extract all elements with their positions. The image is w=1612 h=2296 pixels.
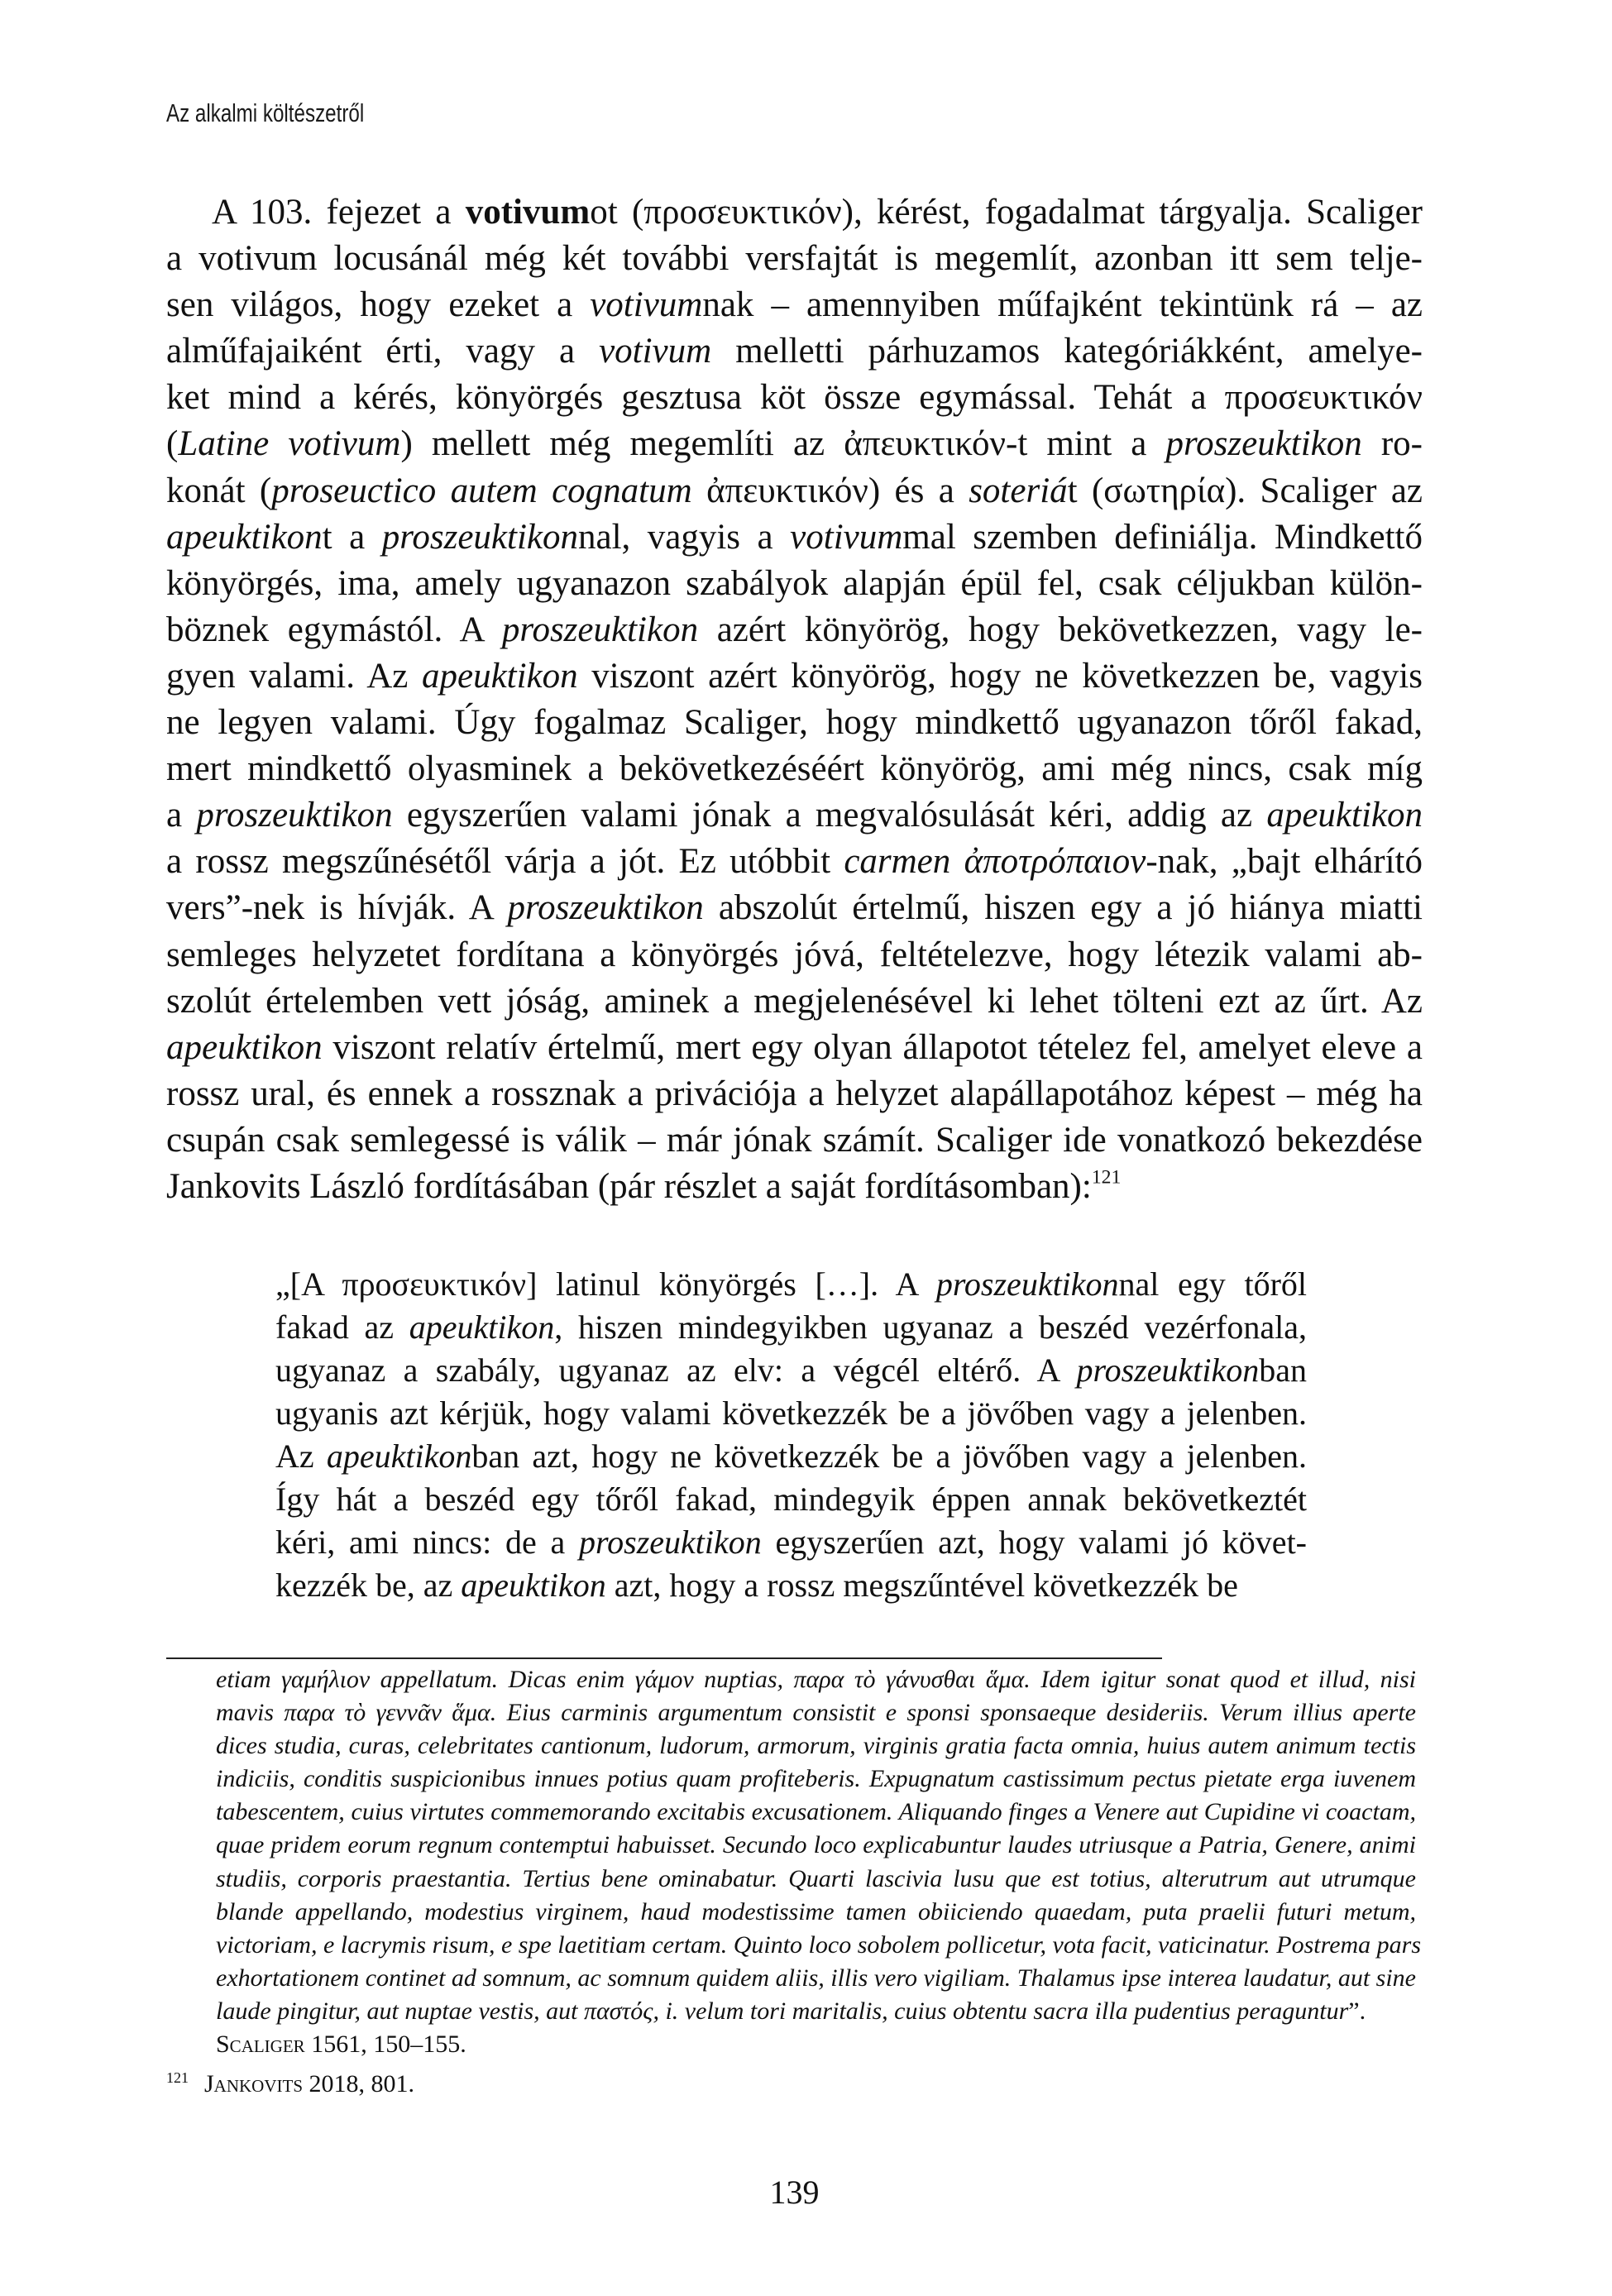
text-line: A 103. fejezet a votivumot (προσευκτικόν…: [166, 189, 1423, 236]
text-run: kezzék be, az: [275, 1567, 461, 1604]
text-line: Az apeuktikonban azt, hogy ne következzé…: [275, 1435, 1307, 1478]
text-run: gyen valami. Az: [166, 657, 422, 696]
text-line: konát (proseuctico autem cognatum ἀπευκτ…: [166, 468, 1423, 514]
text-run: blande appellando, modestius virginem, h…: [216, 1898, 1416, 1925]
text-run: apeuktikon: [327, 1437, 472, 1475]
text-run: -nak, „bajt elhárító: [1146, 842, 1423, 881]
text-line: ne legyen valami. Úgy fogalmaz Scaliger,…: [166, 700, 1423, 746]
running-head: Az alkalmi költészetről: [166, 100, 364, 127]
text-run: apeuktikon: [409, 1308, 555, 1346]
text-run: fakad az: [275, 1308, 409, 1346]
text-line: quae pridem eorum regnum contemptui habu…: [216, 1829, 1416, 1862]
text-run: soteriá: [969, 471, 1067, 510]
text-run: A 103. fejezet a: [212, 193, 466, 232]
text-run: apeuktikon: [461, 1567, 606, 1604]
text-line: rossz ural, és ennek a rossznak a privác…: [166, 1071, 1423, 1117]
text-run: ot (προσευκτικόν), kérést, fogadalmat tá…: [590, 193, 1423, 232]
text-line: blande appellando, modestius virginem, h…: [216, 1896, 1416, 1929]
text-run: laude pingitur, aut nuptae vestis, aut π…: [216, 1997, 1348, 2025]
text-line: tabescentem, cuius virtutes commemorando…: [216, 1796, 1416, 1829]
text-run: kéri, ami nincs: de a: [275, 1523, 579, 1561]
text-line: apeuktikont a proszeuktikonnal, vagyis a…: [166, 514, 1423, 561]
text-line: semleges helyzetet fordítana a könyörgés…: [166, 932, 1423, 978]
text-run: ne legyen valami. Úgy fogalmaz Scaliger,…: [166, 703, 1423, 742]
footnote-reference: 2018, 801.: [303, 2070, 414, 2097]
text-line: victoriam, e lacrymis risum, e spe laeti…: [216, 1929, 1416, 1962]
text-line: indiciis, conditis suspicionibus innues …: [216, 1763, 1416, 1796]
text-line: alműfajaiként érti, vagy a votivum melle…: [166, 328, 1423, 375]
text-run: konát (: [166, 471, 271, 510]
text-run: ban azt, hogy ne következzék be a jövőbe…: [471, 1437, 1307, 1475]
text-run: exhortationem continet ad somnum, ac som…: [216, 1964, 1416, 1992]
text-line: böznek egymástól. A proszeuktikon azért …: [166, 607, 1423, 653]
text-run: (: [166, 424, 178, 463]
text-line: szolút értelemben vett jóság, aminek a m…: [166, 978, 1423, 1025]
text-line: ugyanaz a szabály, ugyanaz az elv: a vég…: [275, 1349, 1307, 1392]
text-run: „[A προσευκτικόν] latinul könyörgés […].…: [275, 1265, 936, 1303]
text-line: Scaliger 1561, 150–155.: [216, 2028, 1416, 2061]
text-line: etiam γαμήλιον appellatum. Dicas enim γά…: [216, 1663, 1416, 1696]
text-run: t (σωτηρία). Scaliger az: [1068, 471, 1423, 510]
text-run: votivum: [790, 518, 902, 557]
text-run: nak – amennyiben műfajként tekintünk rá …: [702, 285, 1423, 324]
text-run: proszeuktikon: [1166, 424, 1362, 463]
text-line: exhortationem continet ad somnum, ac som…: [216, 1962, 1416, 1995]
text-run: vers”-nek is hívják. A: [166, 888, 508, 927]
text-line: studiis, corporis praestantia. Tertius b…: [216, 1863, 1416, 1896]
text-run: apeuktikon: [1266, 796, 1423, 835]
text-run: apeuktikon: [166, 1028, 323, 1067]
footnote-reference-marker: 121: [1092, 1166, 1121, 1188]
text-run: alműfajaiként érti, vagy a: [166, 332, 599, 371]
text-run: , hiszen mindegyikben ugyanaz a beszéd v…: [554, 1308, 1307, 1346]
body-paragraph: A 103. fejezet a votivumot (προσευκτικόν…: [166, 189, 1423, 1210]
text-line: vers”-nek is hívják. A proszeuktikon abs…: [166, 885, 1423, 931]
text-line: mert mindkettő olyasminek a bekövetkezés…: [166, 746, 1423, 792]
text-run: votivum: [466, 193, 591, 232]
footnote-separator: [166, 1657, 1162, 1659]
text-run: votivum: [590, 285, 702, 324]
text-line: fakad az apeuktikon, hiszen mindegyikben…: [275, 1306, 1307, 1349]
text-run: csupán csak semlegessé is válik – már jó…: [166, 1121, 1423, 1160]
text-run: ”.: [1348, 1997, 1366, 2025]
text-run: tabescentem, cuius virtutes commemorando…: [216, 1798, 1416, 1825]
text-line: kéri, ami nincs: de a proszeuktikon egys…: [275, 1521, 1307, 1564]
text-run: votivum: [599, 332, 711, 371]
block-quote: „[A προσευκτικόν] latinul könyörgés […].…: [275, 1263, 1307, 1607]
text-line: csupán csak semlegessé is válik – már jó…: [166, 1117, 1423, 1164]
text-run: sen világos, hogy ezeket a: [166, 285, 590, 324]
text-run: ban: [1259, 1351, 1307, 1389]
text-run: Jankovits László fordításában (pár részl…: [166, 1167, 1092, 1206]
text-line: apeuktikon viszont relatív értelmű, mert…: [166, 1025, 1423, 1071]
text-run: könyörgés, ima, amely ugyanazon szabályo…: [166, 564, 1423, 603]
text-run: ugyanis azt kérjük, hogy valami következ…: [275, 1394, 1307, 1432]
text-run: proszeuktikon: [196, 796, 392, 835]
text-line: ugyanis azt kérjük, hogy valami következ…: [275, 1392, 1307, 1435]
text-run: ro-: [1362, 424, 1423, 463]
text-run: a votivum locusánál még két további vers…: [166, 239, 1423, 278]
text-run: 1561, 150–155.: [305, 2031, 466, 2058]
text-run: melletti párhuzamos kategóriákként, amel…: [711, 332, 1423, 371]
text-run: viszont azért könyörög, hogy ne következ…: [578, 657, 1423, 696]
text-run: apeuktikon: [166, 518, 323, 557]
text-run: t a: [323, 518, 382, 557]
book-page: Az alkalmi költészetről A 103. fejezet a…: [0, 0, 1612, 2296]
text-run: studiis, corporis praestantia. Tertius b…: [216, 1865, 1416, 1892]
text-run: nal, vagyis a: [578, 518, 790, 557]
page-number: 139: [0, 2176, 1589, 2209]
footnote-120-continuation: etiam γαμήλιον appellatum. Dicas enim γά…: [216, 1663, 1416, 2061]
text-run: böznek egymástól. A: [166, 610, 502, 649]
text-run: rossz ural, és ennek a rossznak a privác…: [166, 1074, 1423, 1113]
text-run: mal szemben definiálja. Mindkettő: [902, 518, 1423, 557]
text-run: viszont relatív értelmű, mert egy olyan …: [323, 1028, 1423, 1067]
text-run: etiam γαμήλιον appellatum. Dicas enim γά…: [216, 1666, 1416, 1693]
text-run: proszeuktikon: [508, 888, 704, 927]
text-run: Scaliger: [216, 2031, 305, 2058]
text-run: mert mindkettő olyasminek a bekövetkezés…: [166, 749, 1423, 788]
text-run: abszolút értelmű, hiszen egy a jó hiánya…: [704, 888, 1423, 927]
text-run: quae pridem eorum regnum contemptui habu…: [216, 1831, 1416, 1858]
text-line: a rossz megszűnésétől várja a jót. Ez ut…: [166, 839, 1423, 885]
text-run: proszeuktikon: [579, 1523, 762, 1561]
text-run: semleges helyzetet fordítana a könyörgés…: [166, 935, 1423, 974]
footnote-author: Jankovits: [204, 2070, 303, 2097]
text-run: carmen ἀποτρόπαιον: [844, 842, 1146, 881]
text-line: ket mind a kérés, könyörgés gesztusa köt…: [166, 375, 1423, 421]
text-run: indiciis, conditis suspicionibus innues …: [216, 1765, 1416, 1792]
text-line: Így hát a beszéd egy tőről fakad, mindeg…: [275, 1478, 1307, 1521]
text-run: azt, hogy a rossz megszűntével következz…: [606, 1567, 1238, 1604]
text-line: dices studia, curas, celebritates cantio…: [216, 1729, 1416, 1763]
text-line: mavis παρα τὸ γεννᾶν ἅμα. Eius carminis …: [216, 1696, 1416, 1729]
text-line: a proszeuktikon egyszerűen valami jónak …: [166, 792, 1423, 839]
text-run: azért könyörög, hogy bekövetkezzen, vagy…: [698, 610, 1423, 649]
text-line: (Latine votivum) mellett még megemlíti a…: [166, 421, 1423, 467]
text-run: proszeuktikon: [936, 1265, 1119, 1303]
text-run: Latine votivum: [178, 424, 400, 463]
text-run: a rossz megszűnésétől várja a jót. Ez ut…: [166, 842, 844, 881]
text-run: proseuctico autem cognatum: [271, 471, 691, 510]
text-run: ket mind a kérés, könyörgés gesztusa köt…: [166, 378, 1423, 417]
text-run: proszeuktikon: [1077, 1351, 1260, 1389]
text-run: proszeuktikon: [382, 518, 578, 557]
text-run: egyszerűen valami jónak a megvalósulását…: [393, 796, 1267, 835]
footnote-121: 121Jankovits 2018, 801.: [166, 2061, 414, 2101]
text-run: nal egy tőről: [1119, 1265, 1307, 1303]
text-line: könyörgés, ima, amely ugyanazon szabályo…: [166, 561, 1423, 607]
text-run: Így hát a beszéd egy tőről fakad, mindeg…: [275, 1480, 1307, 1518]
text-run: proszeuktikon: [502, 610, 698, 649]
text-line: gyen valami. Az apeuktikon viszont azért…: [166, 653, 1423, 700]
text-line: Jankovits László fordításában (pár részl…: [166, 1164, 1423, 1210]
text-run: szolút értelemben vett jóság, aminek a m…: [166, 982, 1423, 1021]
text-run: ugyanaz a szabály, ugyanaz az elv: a vég…: [275, 1351, 1077, 1389]
text-line: a votivum locusánál még két további vers…: [166, 236, 1423, 282]
text-run: Az: [275, 1437, 327, 1475]
text-run: egyszerűen azt, hogy valami jó követ-: [762, 1523, 1307, 1561]
text-line: kezzék be, az apeuktikon azt, hogy a ros…: [275, 1564, 1307, 1607]
text-run: dices studia, curas, celebritates cantio…: [216, 1732, 1416, 1759]
text-run: victoriam, e lacrymis risum, e spe laeti…: [216, 1931, 1421, 1959]
text-run: ) mellett még megemlíti az ἀπευκτικόν-t …: [400, 424, 1165, 463]
text-run: ἀπευκτικόν) és a: [692, 471, 969, 510]
text-run: a: [166, 796, 196, 835]
text-line: sen világos, hogy ezeket a votivumnak – …: [166, 282, 1423, 328]
text-line: laude pingitur, aut nuptae vestis, aut π…: [216, 1995, 1416, 2028]
text-run: mavis παρα τὸ γεννᾶν ἅμα. Eius carminis …: [216, 1699, 1416, 1726]
footnote-number: 121: [166, 2061, 204, 2094]
text-run: apeuktikon: [422, 657, 578, 696]
text-line: „[A προσευκτικόν] latinul könyörgés […].…: [275, 1263, 1307, 1306]
